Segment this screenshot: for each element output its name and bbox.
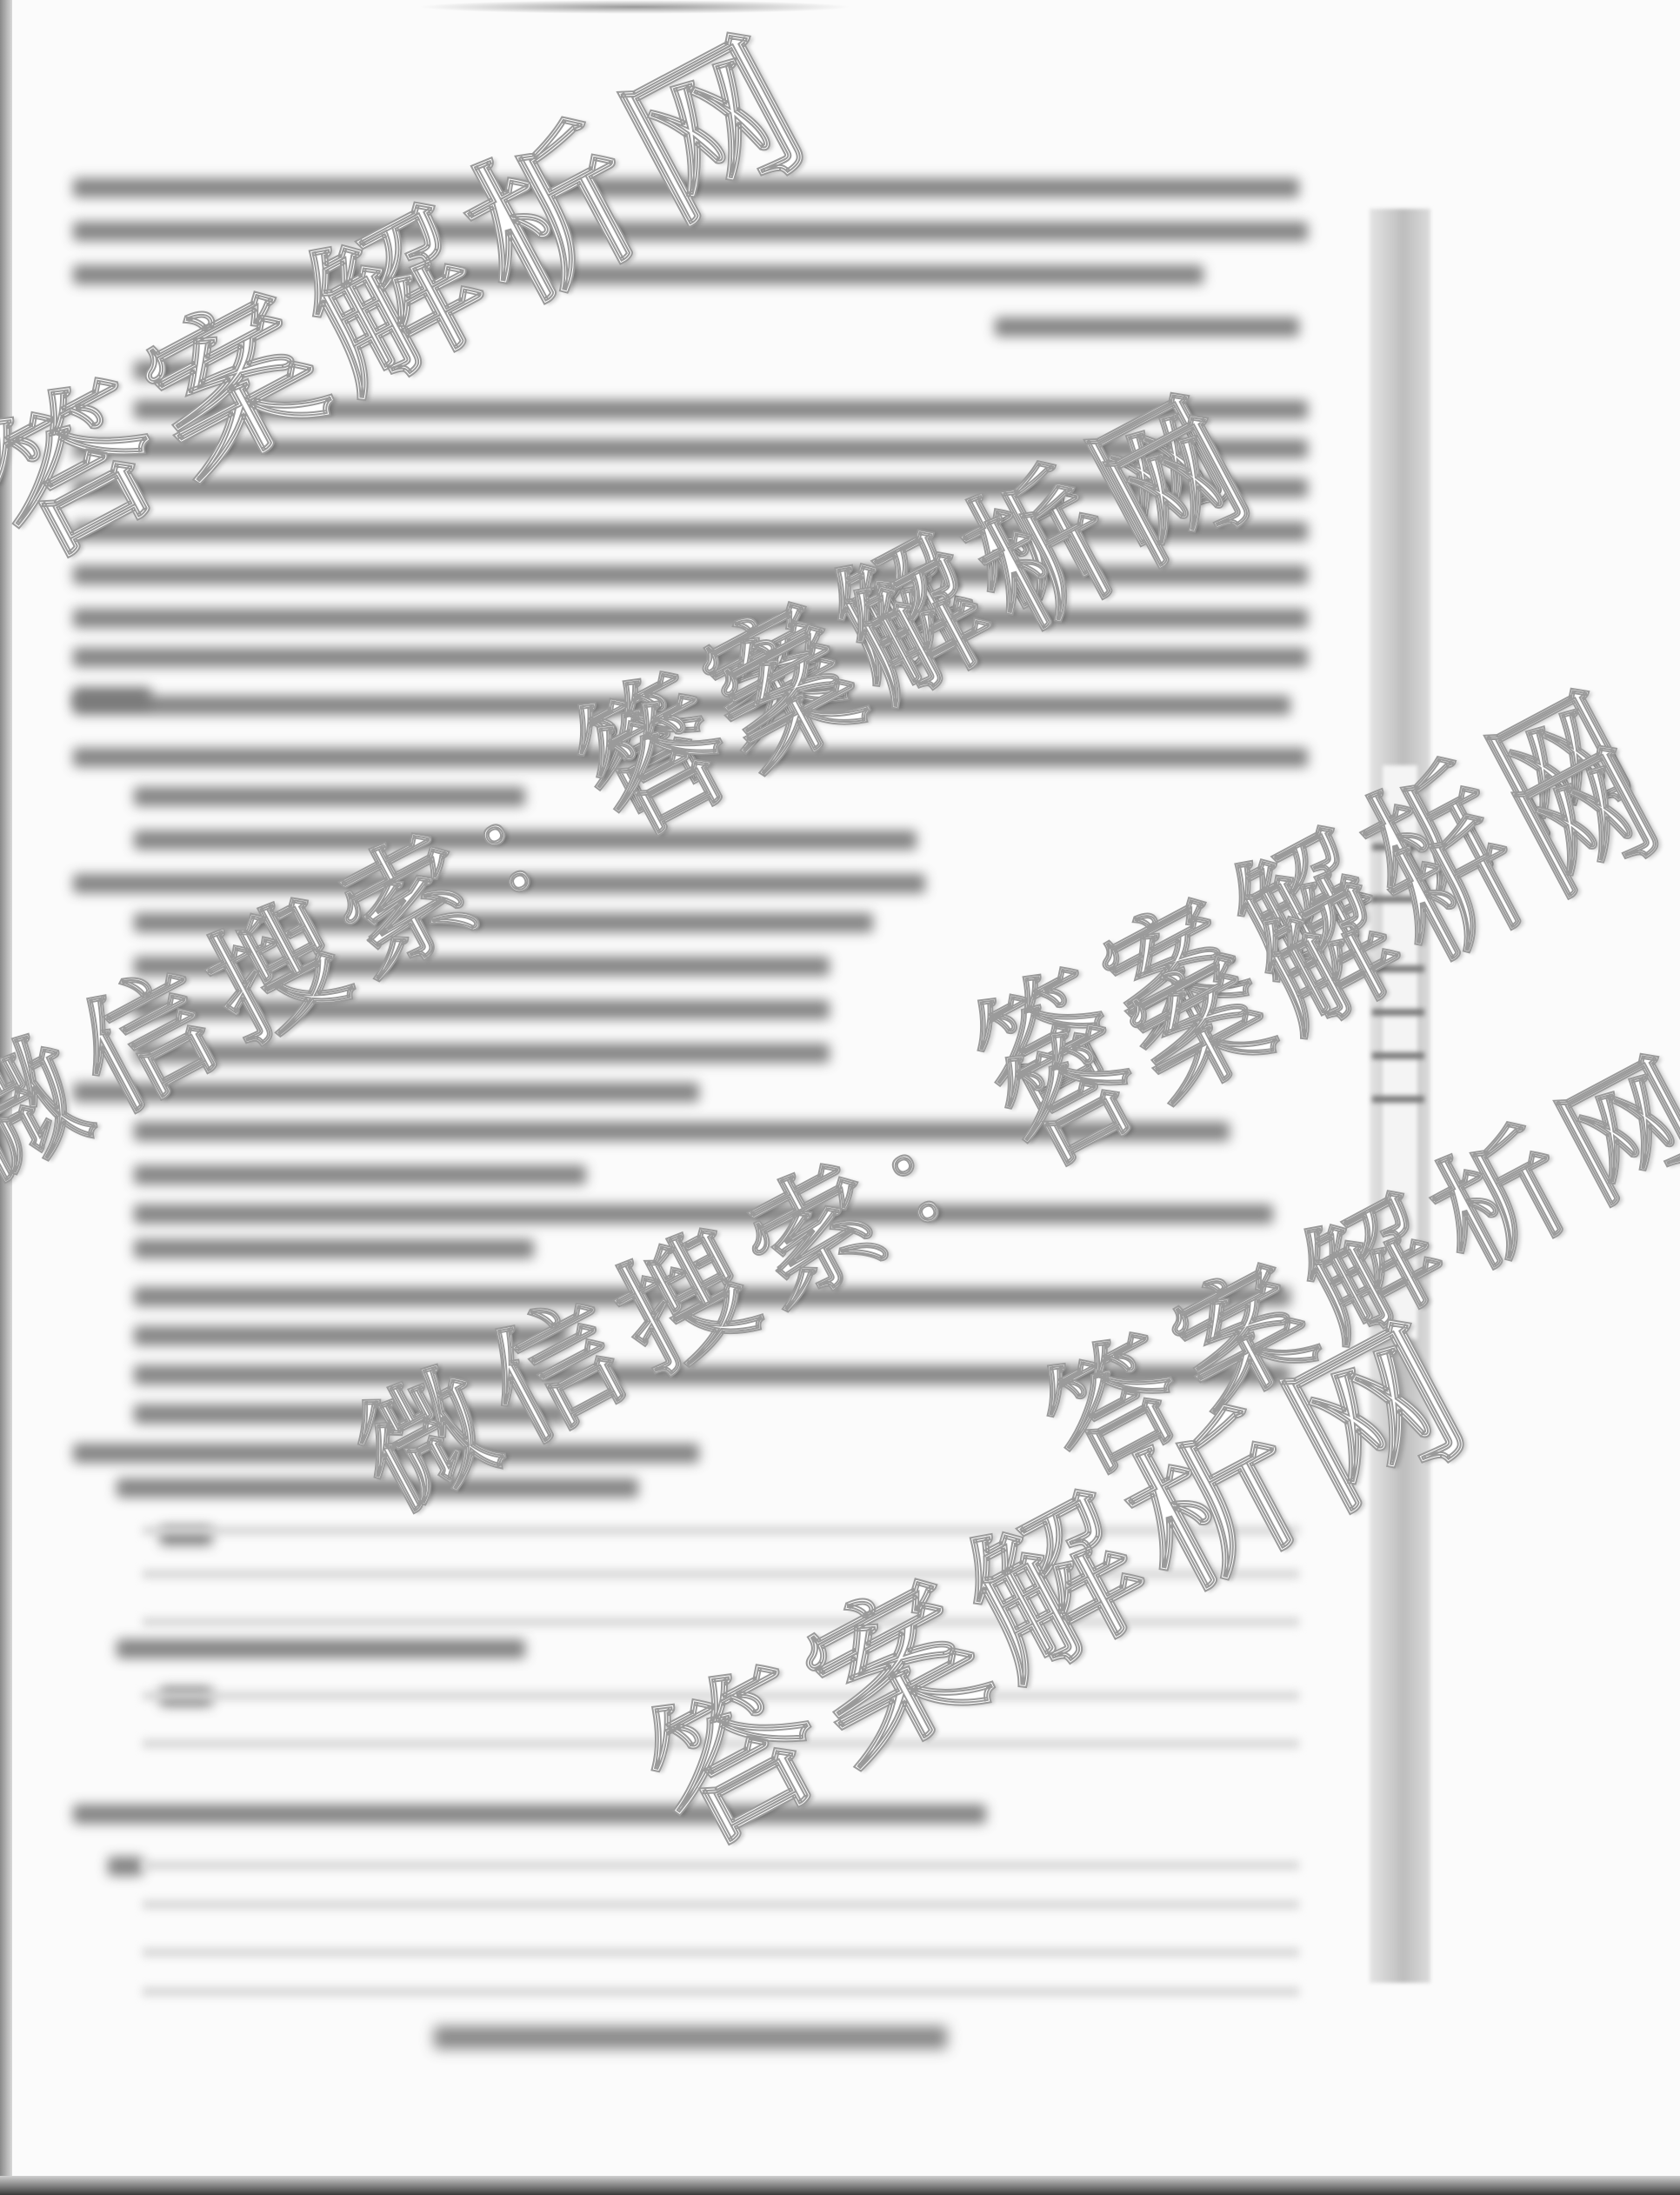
page-edge-bottom [0, 2176, 1680, 2195]
page-footer [434, 2026, 947, 2049]
